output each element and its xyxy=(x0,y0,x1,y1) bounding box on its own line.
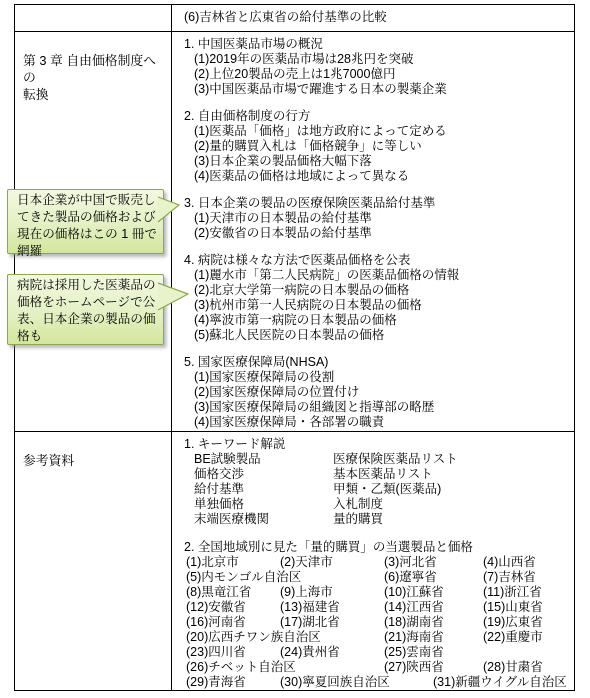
keyword-term: 医療保険医薬品リスト xyxy=(333,452,458,466)
chapter-title: 参考資料 xyxy=(23,452,167,469)
keyword-term: 入札制度 xyxy=(333,497,383,511)
keyword-pair: 末端医療機関量的購買 xyxy=(184,512,570,527)
section-heading: 1. キーワード解説 xyxy=(184,437,570,452)
toc-section: 4. 病院は様々な方法で医薬品価格を公表 (1)麗水市「第二人民病院」の医薬品価… xyxy=(184,253,570,343)
province-item: (10)江蘇省 xyxy=(384,585,483,600)
province-item: (17)湖北省 xyxy=(280,615,384,630)
province-item: (21)海南省 xyxy=(384,630,483,645)
callout-note: 病院は採用した医薬品の 価格をホームページで公 表、日本企業の製品の価 格も xyxy=(7,274,164,345)
table-row: 参考資料 1. キーワード解説 BE試験製品医療保険医薬品リスト 価格交渉基本医… xyxy=(15,432,574,690)
province-item: (16)河南省 xyxy=(186,615,280,630)
province-item: (11)浙江省 xyxy=(483,585,542,600)
province-item: (27)陝西省 xyxy=(384,660,483,675)
callout-note: 日本企業が中国で販売し てきた製品の価格および 現在の価格はこの 1 冊で 網羅 xyxy=(7,189,164,254)
province-item: (20)広西チワン族自治区 xyxy=(186,630,384,645)
keyword-pair: 単独価格入札制度 xyxy=(184,497,570,512)
province-item: (18)湖南省 xyxy=(384,615,483,630)
spacer xyxy=(184,527,570,540)
province-item: (24)貴州省 xyxy=(280,645,384,660)
callout-tail-icon xyxy=(157,280,191,312)
province-item: (19)広東省 xyxy=(483,615,543,630)
toc-section: 3. 日本企業の製品の医療保険医薬品給付基準 (1)天津市の日本製品の給付基準 … xyxy=(184,196,570,241)
province-line: (23)四川省(24)貴州省(25)雲南省 xyxy=(184,645,570,660)
section-items: (1)2019年の医薬品市場は28兆円を突破 (2)上位20製品の売上は1兆70… xyxy=(184,52,570,97)
province-item: (4)山西省 xyxy=(483,555,536,570)
keyword-term: 甲類・乙類(医薬品) xyxy=(333,482,441,496)
province-item: (7)吉林省 xyxy=(483,570,536,585)
province-item: (28)甘粛省 xyxy=(483,660,543,675)
province-line: (8)黒竜江省(9)上海市(10)江蘇省(11)浙江省 xyxy=(184,585,570,600)
province-item: (5)内モンゴル自治区 xyxy=(186,570,384,585)
toc-entry: (6)吉林省と広東省の給付基準の比較 xyxy=(184,10,570,25)
keyword-term: 価格交渉 xyxy=(194,467,333,482)
province-item: (1)北京市 xyxy=(186,555,280,570)
chapter-title: 第 3 章 自由価格制度への 転換 xyxy=(23,52,167,103)
section-heading: 2. 自由価格制度の行方 xyxy=(184,109,570,124)
province-item: (12)安徽省 xyxy=(186,600,280,615)
keyword-pair: 給付基準甲類・乙類(医薬品) xyxy=(184,482,570,497)
keyword-term: 基本医薬品リスト xyxy=(333,467,433,481)
province-item: (25)雲南省 xyxy=(384,645,444,660)
province-line: (12)安徽省(13)福建省(14)江西省(15)山東省 xyxy=(184,600,570,615)
toc-page: (6)吉林省と広東省の給付基準の比較 第 3 章 自由価格制度への 転換 1. … xyxy=(0,0,590,698)
toc-table: (6)吉林省と広東省の給付基準の比較 第 3 章 自由価格制度への 転換 1. … xyxy=(14,4,575,691)
province-item: (31)新疆ウイグル自治区 xyxy=(433,675,567,690)
province-line: (20)広西チワン族自治区(21)海南省(22)重慶市 xyxy=(184,630,570,645)
province-line: (26)チベット自治区(27)陝西省(28)甘粛省 xyxy=(184,660,570,675)
province-item: (30)寧夏回族自治区 xyxy=(280,675,433,690)
province-line: (16)河南省(17)湖北省(18)湖南省(19)広東省 xyxy=(184,615,570,630)
province-item: (8)黒竜江省 xyxy=(186,585,280,600)
keyword-term: 単独価格 xyxy=(194,497,333,512)
content-cell: 1. 中国医薬品市場の概況 (1)2019年の医薬品市場は28兆円を突破 (2)… xyxy=(172,32,574,431)
province-line: (1)北京市(2)天津市(3)河北省(4)山西省 xyxy=(184,555,570,570)
section-items: (1)天津市の日本製品の給付基準 (2)安徽省の日本製品の給付基準 xyxy=(184,211,570,241)
keyword-term: BE試験製品 xyxy=(194,452,333,467)
province-item: (13)福建省 xyxy=(280,600,384,615)
section-heading: 4. 病院は様々な方法で医薬品価格を公表 xyxy=(184,253,570,268)
section-items: (1)国家医療保障局の役割 (2)国家医療保障局の位置付け (3)国家医療保障局… xyxy=(184,370,570,430)
table-row: (6)吉林省と広東省の給付基準の比較 xyxy=(15,5,574,32)
province-item: (29)青海省 xyxy=(186,675,280,690)
province-item: (14)江西省 xyxy=(384,600,483,615)
chapter-cell-empty xyxy=(15,5,172,31)
keyword-term: 給付基準 xyxy=(194,482,333,497)
section-heading: 5. 国家医療保障局(NHSA) xyxy=(184,355,570,370)
section-items: (1)医薬品「価格」は地方政府によって定める (2)量的購買入札は「価格競争」に… xyxy=(184,124,570,184)
keyword-pair: BE試験製品医療保険医薬品リスト xyxy=(184,452,570,467)
section-items: (1)麗水市「第二人民病院」の医薬品価格の情報 (2)北京大学第一病院の日本製品… xyxy=(184,268,570,343)
section-heading: 1. 中国医薬品市場の概況 xyxy=(184,37,570,52)
province-item: (3)河北省 xyxy=(384,555,483,570)
province-item: (22)重慶市 xyxy=(483,630,543,645)
province-line: (29)青海省(30)寧夏回族自治区(31)新疆ウイグル自治区 xyxy=(184,675,570,690)
province-item: (15)山東省 xyxy=(483,600,543,615)
keyword-pair: 価格交渉基本医薬品リスト xyxy=(184,467,570,482)
toc-section: 5. 国家医療保障局(NHSA) (1)国家医療保障局の役割 (2)国家医療保障… xyxy=(184,355,570,430)
callout-tail-icon xyxy=(157,193,183,225)
province-item: (26)チベット自治区 xyxy=(186,660,384,675)
keyword-term: 量的購買 xyxy=(333,512,383,526)
province-item: (23)四川省 xyxy=(186,645,280,660)
toc-section: 1. 中国医薬品市場の概況 (1)2019年の医薬品市場は28兆円を突破 (2)… xyxy=(184,37,570,97)
chapter-cell: 参考資料 xyxy=(15,432,172,690)
province-item: (9)上海市 xyxy=(280,585,384,600)
keyword-term: 末端医療機関 xyxy=(194,512,333,527)
content-cell: 1. キーワード解説 BE試験製品医療保険医薬品リスト 価格交渉基本医薬品リスト… xyxy=(172,432,574,690)
section-heading: 3. 日本企業の製品の医療保険医薬品給付基準 xyxy=(184,196,570,211)
province-line: (5)内モンゴル自治区(6)遼寧省(7)吉林省 xyxy=(184,570,570,585)
content-cell: (6)吉林省と広東省の給付基準の比較 xyxy=(172,5,574,31)
toc-section: 2. 自由価格制度の行方 (1)医薬品「価格」は地方政府によって定める (2)量… xyxy=(184,109,570,184)
province-item: (2)天津市 xyxy=(280,555,384,570)
section-heading: 2. 全国地域別に見た「量的購買」の当選製品と価格 xyxy=(184,540,570,555)
province-item: (6)遼寧省 xyxy=(384,570,483,585)
